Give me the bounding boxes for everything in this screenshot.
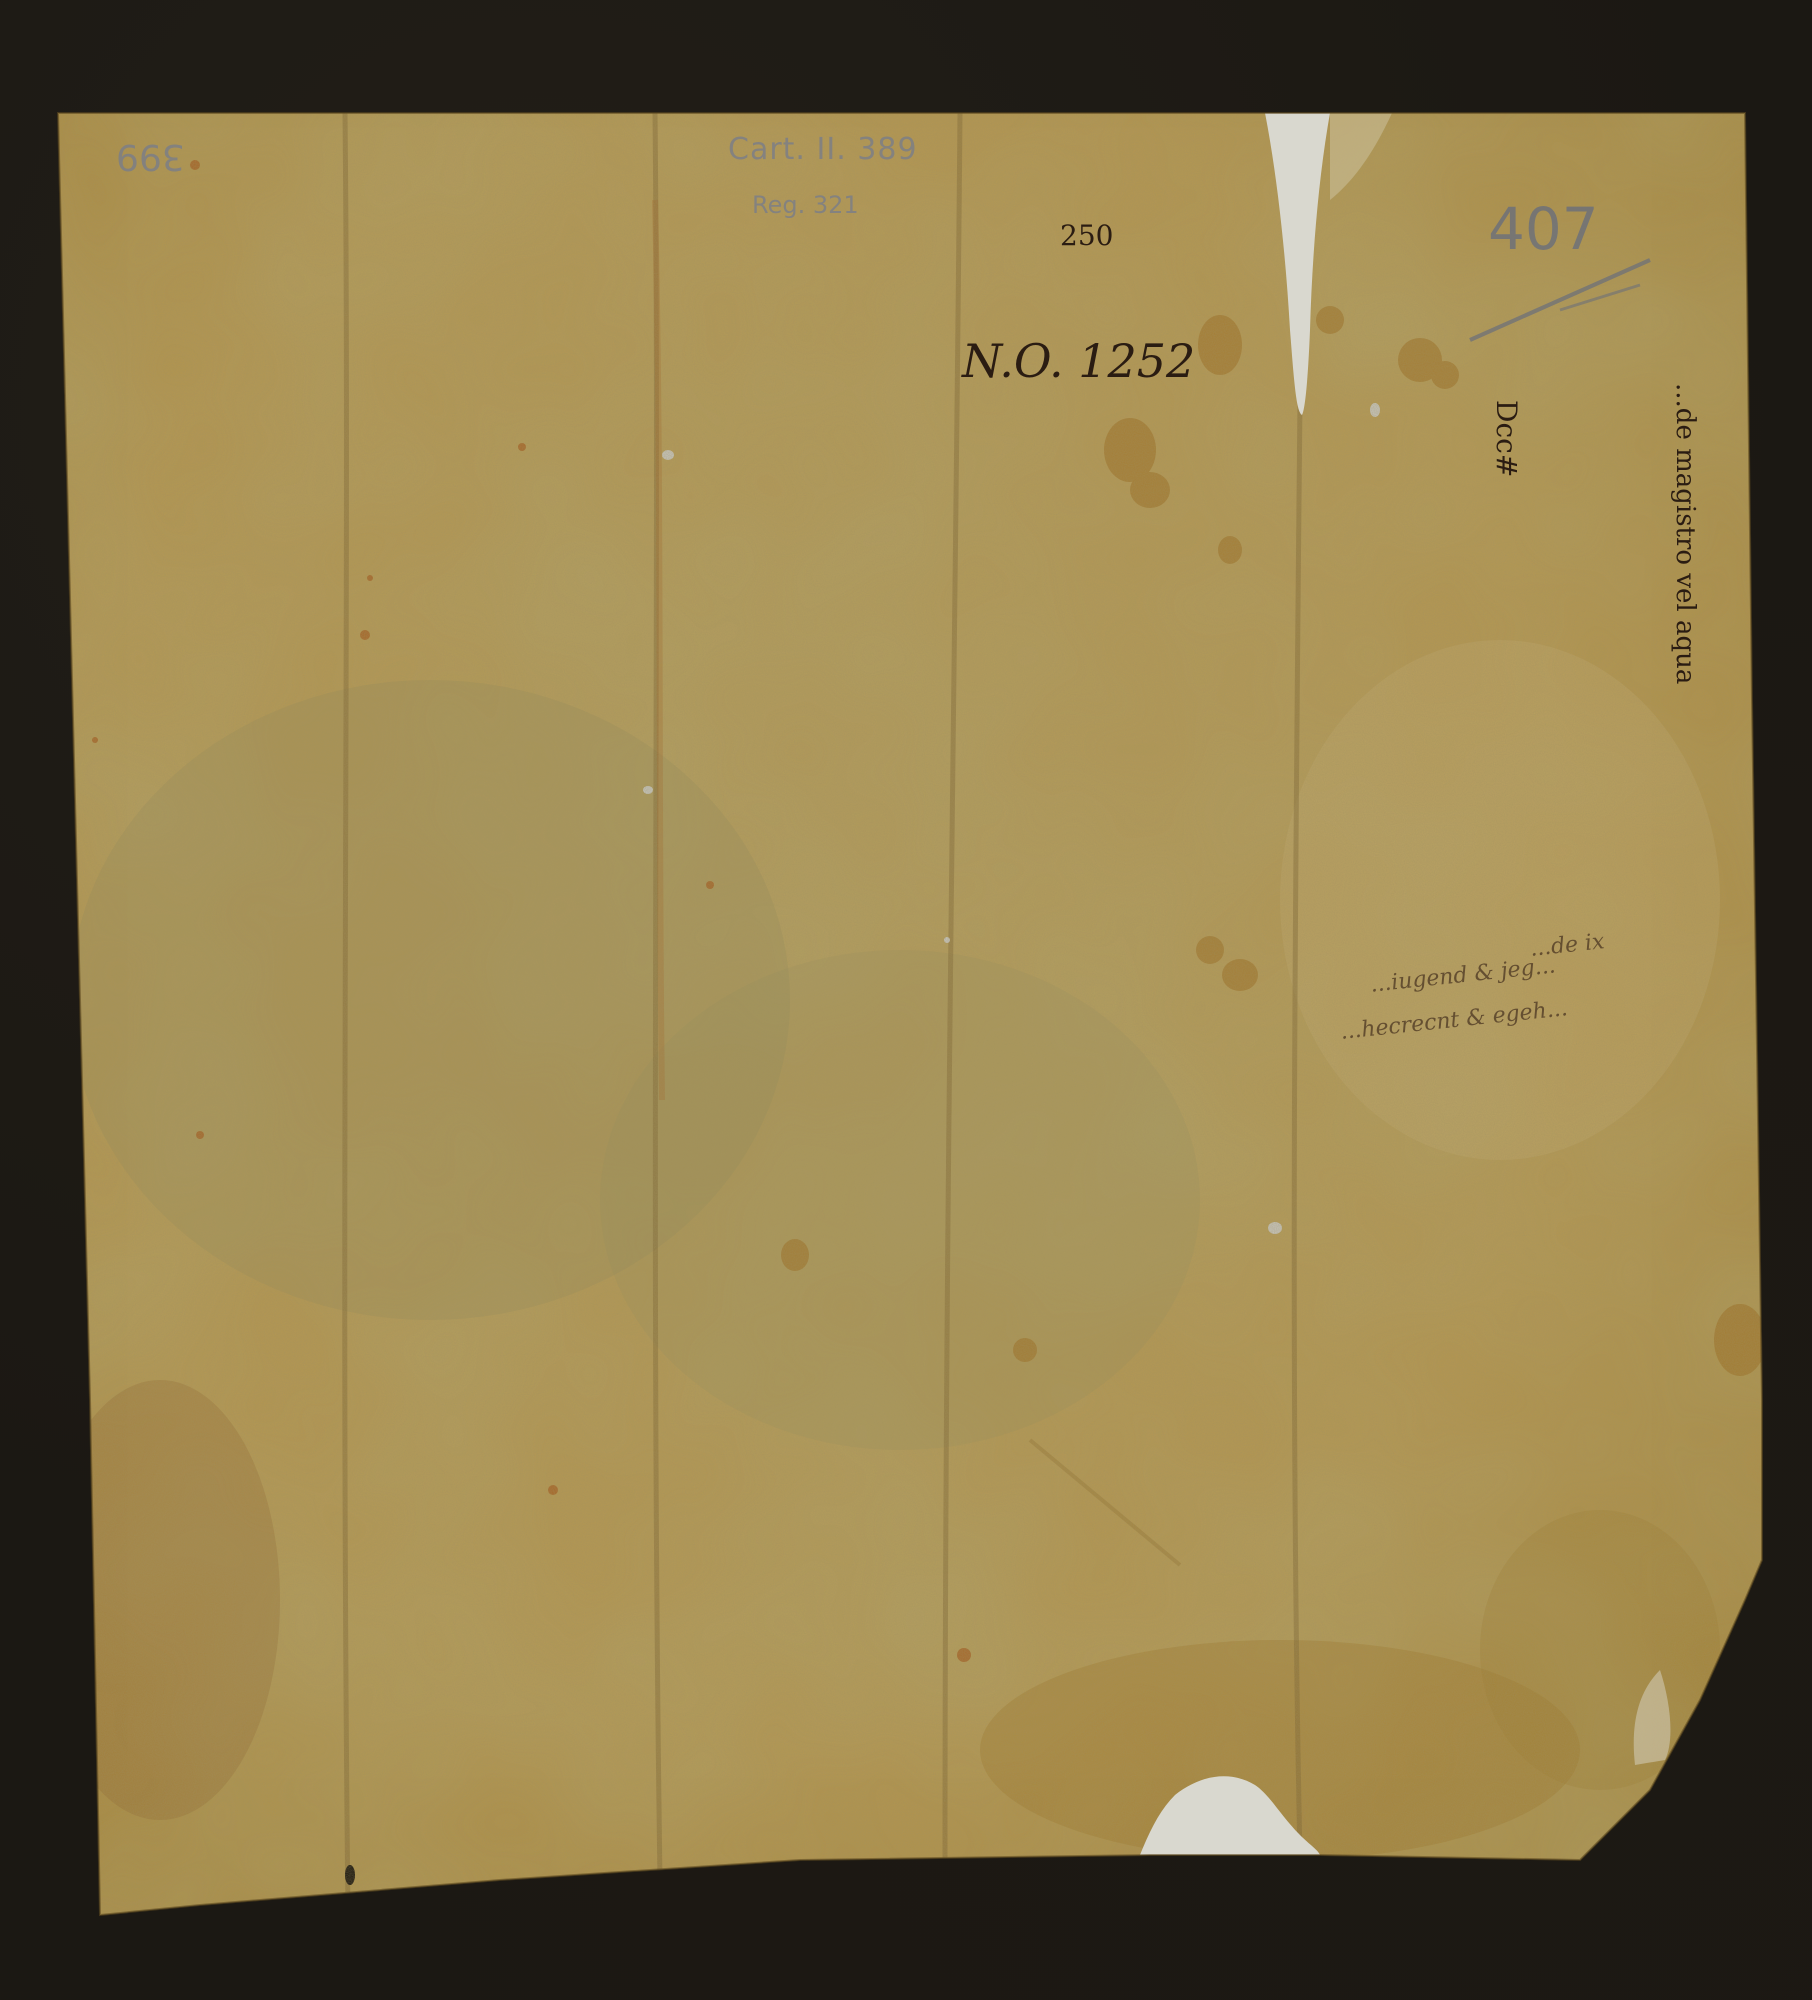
- catalogue-number: N.O. 1252: [962, 338, 1195, 384]
- corner-number: 399: [116, 138, 185, 174]
- parchment-document: 399 Cart. II. 389 Reg. 321 250 N.O. 1252…: [0, 0, 1812, 2000]
- number-250: 250: [1060, 222, 1113, 250]
- pencil-underline: [1460, 240, 1660, 350]
- vertical-endorsement-short: Dcc#: [1492, 400, 1520, 477]
- vertical-endorsement: ...de magistro vel aqua: [1672, 383, 1698, 763]
- archive-reference-line2: Reg. 321: [752, 193, 859, 217]
- archive-reference-line1: Cart. II. 389: [728, 135, 918, 165]
